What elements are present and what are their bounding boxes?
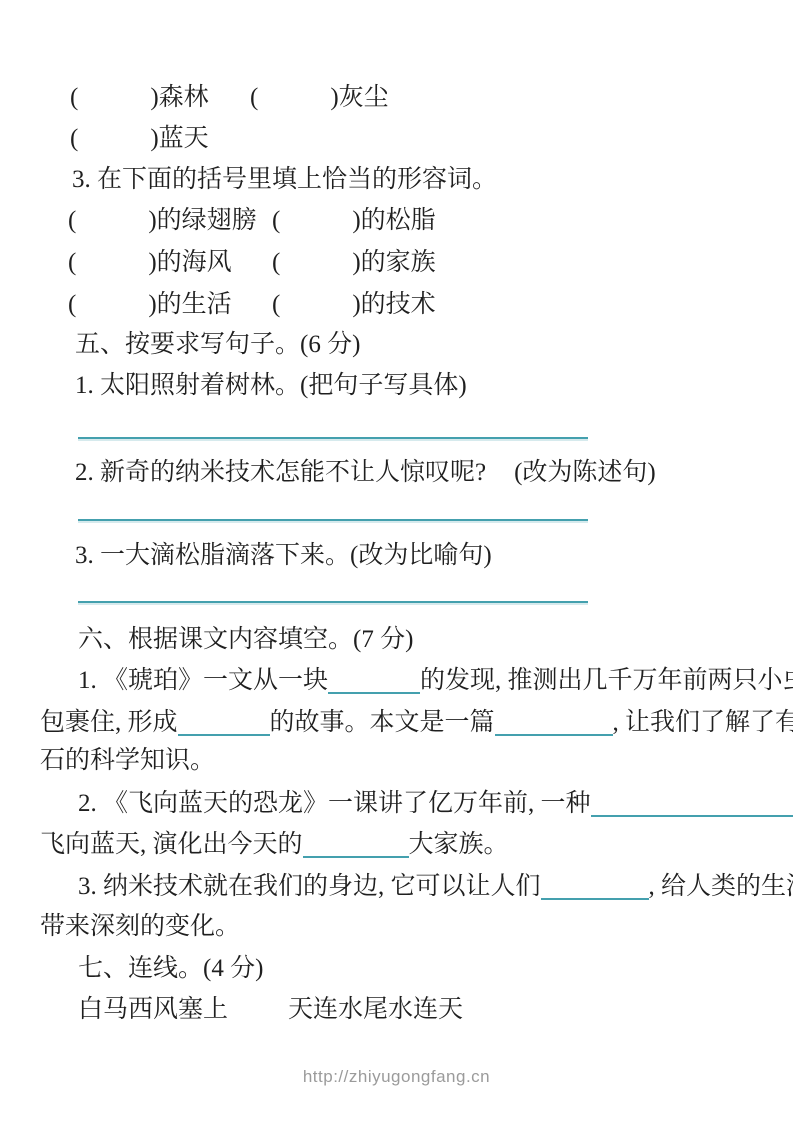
worksheet-page: ()森林()灰尘()蓝天3. 在下面的括号里填上恰当的形容词。()的绿翅膀()的… (0, 0, 793, 1122)
bracket-close: ) (148, 207, 156, 234)
bracket-close: ) (148, 291, 156, 318)
text-segment: 的绿翅膀 (157, 207, 257, 234)
text-segment: 飞向蓝天, 演化出今天的 (40, 831, 303, 858)
text-segment: 的松脂 (361, 207, 436, 234)
answer-writing-line (78, 437, 588, 439)
question-6-2-line-1: 2. 《飞向蓝天的恐龙》一课讲了亿万年前, 一种, (0, 788, 793, 820)
row-item: 2. 《飞向蓝天的恐龙》一课讲了亿万年前, 一种, (78, 788, 793, 820)
fill-in-blank (178, 714, 270, 736)
question-6-3-line-1: 3. 纳米技术就在我们的身边, 它可以让人们, 给人类的生活 (0, 871, 793, 903)
question-6-1-line-3: 石的科学知识。 (0, 745, 793, 777)
text-segment: 3. 纳米技术就在我们的身边, 它可以让人们 (78, 873, 541, 900)
text-segment: 六、根据课文内容填空。(7 分) (78, 626, 413, 653)
row-item: ()蓝天 (70, 123, 209, 155)
text-segment: 石的科学知识。 (40, 747, 215, 774)
adjective-bracket-row-1: ()的绿翅膀()的松脂 (0, 205, 793, 237)
bracket-open: ( (68, 291, 76, 318)
bracket-open: ( (272, 207, 280, 234)
question-5-2: 2. 新奇的纳米技术怎能不让人惊叹呢?(改为陈述句) (0, 457, 793, 489)
bracket-open: ( (70, 84, 78, 111)
row-item: 带来深刻的变化。 (40, 911, 240, 943)
text-segment: 3. 在下面的括号里填上恰当的形容词。 (72, 166, 497, 193)
section-6-heading: 六、根据课文内容填空。(7 分) (0, 624, 793, 656)
text-segment: 的生活 (157, 291, 232, 318)
text-segment: 的技术 (361, 291, 436, 318)
text-segment: , 让我们了解了有关化 (613, 709, 793, 736)
text-segment: 1. 太阳照射着树林。(把句子写具体) (75, 372, 467, 399)
text-segment: (改为陈述句) (514, 459, 656, 486)
word-bracket-row-1: ()森林()灰尘 (0, 82, 793, 114)
fill-in-blank (591, 795, 793, 817)
row-item: 3. 一大滴松脂滴落下来。(改为比喻句) (75, 540, 492, 572)
bracket-open: ( (250, 84, 258, 111)
text-segment: 1. 《琥珀》一文从一块 (78, 667, 328, 694)
text-segment: 3. 一大滴松脂滴落下来。(改为比喻句) (75, 542, 492, 569)
row-item: 飞向蓝天, 演化出今天的大家族。 (40, 829, 509, 861)
text-segment: 天连水尾水连天 (288, 996, 463, 1023)
row-item: ()的松脂 (272, 205, 436, 237)
row-item: 3. 在下面的括号里填上恰当的形容词。 (72, 164, 497, 196)
text-segment: 的海风 (157, 249, 232, 276)
question-6-1-line-2: 包裹住, 形成的故事。本文是一篇, 让我们了解了有关化 (0, 707, 793, 739)
answer-writing-line (78, 601, 588, 603)
text-segment: 蓝天 (159, 125, 209, 152)
text-segment: 森林 (159, 84, 209, 111)
row-item: 七、连线。(4 分) (78, 953, 263, 985)
row-item: 白马西风塞上 (78, 994, 228, 1026)
row-item: ()的海风 (68, 247, 232, 279)
row-item: 包裹住, 形成的故事。本文是一篇, 让我们了解了有关化 (40, 707, 793, 739)
fill-in-blank (495, 714, 613, 736)
bracket-close: ) (150, 125, 158, 152)
fill-in-blank (541, 878, 649, 900)
bracket-close: ) (330, 84, 338, 111)
row-item: ()的生活 (68, 289, 232, 321)
text-segment: 包裹住, 形成 (40, 709, 178, 736)
footer-url: http://zhiyugongfang.cn (0, 1067, 793, 1087)
row-item: 2. 新奇的纳米技术怎能不让人惊叹呢?(改为陈述句) (75, 457, 656, 489)
text-segment: 的发现, 推测出几千万年前两只小虫被 (420, 667, 793, 694)
text-segment: 2. 《飞向蓝天的恐龙》一课讲了亿万年前, 一种 (78, 790, 591, 817)
bracket-open: ( (70, 125, 78, 152)
bracket-open: ( (68, 249, 76, 276)
bracket-close: ) (352, 291, 360, 318)
text-segment: 的家族 (361, 249, 436, 276)
row-item: ()的技术 (272, 289, 436, 321)
row-item: 五、按要求写句子。(6 分) (75, 329, 360, 361)
answer-writing-line (78, 519, 588, 521)
section-7-heading: 七、连线。(4 分) (0, 953, 793, 985)
row-item: 天连水尾水连天 (288, 994, 463, 1026)
bracket-close: ) (148, 249, 156, 276)
row-item: 六、根据课文内容填空。(7 分) (78, 624, 413, 656)
adjective-bracket-row-2: ()的海风()的家族 (0, 247, 793, 279)
bracket-close: ) (352, 207, 360, 234)
row-item: 1. 太阳照射着树林。(把句子写具体) (75, 370, 467, 402)
row-item: 3. 纳米技术就在我们的身边, 它可以让人们, 给人类的生活 (78, 871, 793, 903)
question-6-1-line-1: 1. 《琥珀》一文从一块的发现, 推测出几千万年前两只小虫被 (0, 665, 793, 697)
text-segment: 五、按要求写句子。(6 分) (75, 331, 360, 358)
fill-in-blank (328, 672, 420, 694)
fill-in-blank (303, 836, 409, 858)
row-item: ()的家族 (272, 247, 436, 279)
question-4-3-heading: 3. 在下面的括号里填上恰当的形容词。 (0, 164, 793, 196)
bracket-open: ( (272, 249, 280, 276)
row-item: ()的绿翅膀 (68, 205, 257, 237)
text-segment: 白马西风塞上 (78, 996, 228, 1023)
text-segment: 的故事。本文是一篇 (270, 709, 495, 736)
row-item: 石的科学知识。 (40, 745, 215, 777)
bracket-open: ( (272, 291, 280, 318)
text-segment: 2. 新奇的纳米技术怎能不让人惊叹呢? (75, 459, 486, 486)
text-segment: 灰尘 (339, 84, 389, 111)
bracket-close: ) (352, 249, 360, 276)
question-6-2-line-2: 飞向蓝天, 演化出今天的大家族。 (0, 829, 793, 861)
text-segment: 七、连线。(4 分) (78, 955, 263, 982)
row-item: ()灰尘 (250, 82, 389, 114)
adjective-bracket-row-3: ()的生活()的技术 (0, 289, 793, 321)
text-segment: 带来深刻的变化。 (40, 913, 240, 940)
question-5-1: 1. 太阳照射着树林。(把句子写具体) (0, 370, 793, 402)
text-segment: 大家族。 (409, 831, 509, 858)
word-bracket-row-2: ()蓝天 (0, 123, 793, 155)
matching-row-1: 白马西风塞上天连水尾水连天 (0, 994, 793, 1026)
question-5-3: 3. 一大滴松脂滴落下来。(改为比喻句) (0, 540, 793, 572)
bracket-open: ( (68, 207, 76, 234)
row-item: ()森林 (70, 82, 209, 114)
row-item: 1. 《琥珀》一文从一块的发现, 推测出几千万年前两只小虫被 (78, 665, 793, 697)
text-segment: , 给人类的生活 (649, 873, 793, 900)
section-5-heading: 五、按要求写句子。(6 分) (0, 329, 793, 361)
question-6-3-line-2: 带来深刻的变化。 (0, 911, 793, 943)
bracket-close: ) (150, 84, 158, 111)
